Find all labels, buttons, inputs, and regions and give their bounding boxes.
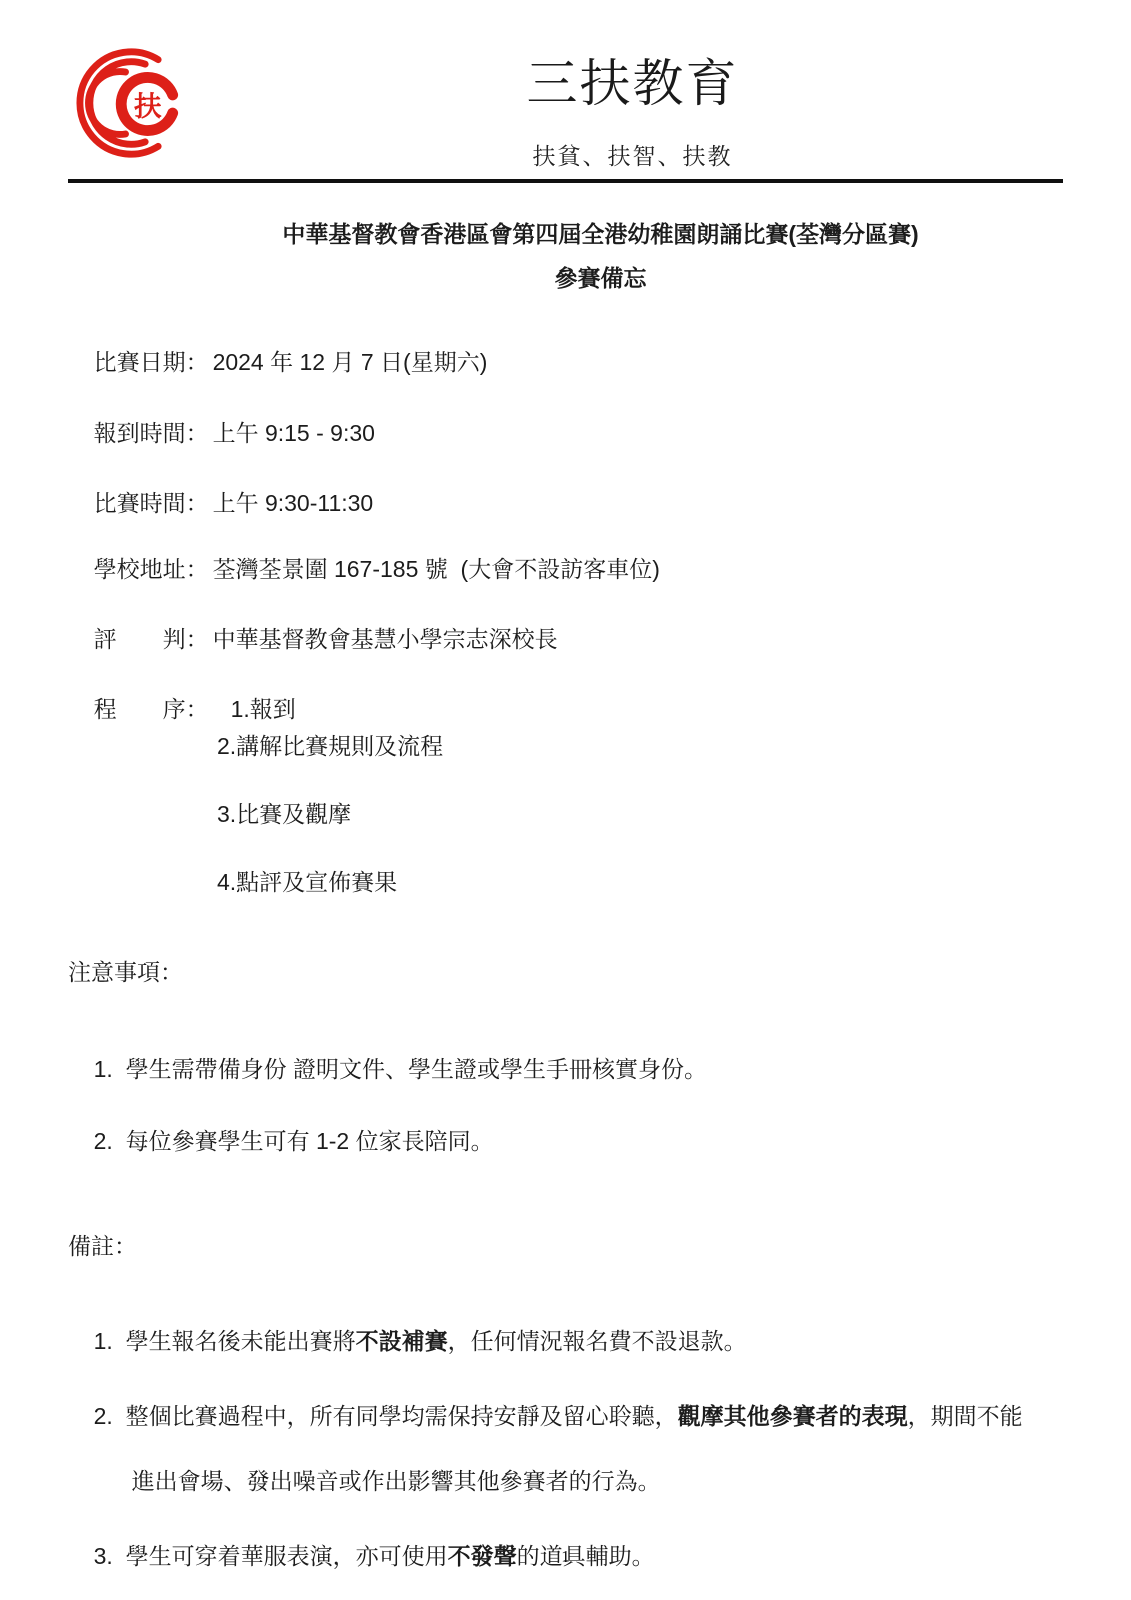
org-slogan: 扶貧、扶智、扶教	[0, 138, 1131, 171]
detail-label: 評 判	[94, 626, 186, 652]
remark-item-text: 整個比賽過程中，所有同學均需保持安靜及留心聆聽，	[126, 1403, 678, 1429]
notice-heading: 注意事項：	[68, 957, 183, 987]
remarks-heading-text: 備註：	[68, 1233, 137, 1259]
detail-colon: ：	[186, 556, 209, 582]
detail-label: 學校地址	[94, 556, 186, 582]
detail-label: 報到時間	[94, 420, 186, 446]
remark-item-text: ，期間不能	[908, 1403, 1023, 1429]
notice-item-number: 1.	[94, 1054, 126, 1084]
detail-label: 比賽日期	[94, 349, 186, 375]
header-divider	[68, 179, 1063, 183]
remark-item-bold-text: 觀摩其他參賽者的表現	[678, 1403, 908, 1429]
remark-item-number: 1.	[94, 1326, 126, 1356]
remark-item-bold-text: 不設補賽	[356, 1328, 448, 1354]
notice-item: 2.每位參賽學生可有 1-2 位家長陪同。	[68, 1096, 494, 1186]
detail-label: 程 序	[94, 696, 186, 722]
detail-value: 2024 年 12 月 7 日(星期六)	[213, 349, 488, 375]
detail-value: 上午 9:30-11:30	[213, 490, 374, 516]
detail-value: 荃灣荃景圍 167-185 號 (大會不設訪客車位)	[213, 556, 660, 582]
doc-subtitle: 參賽備忘	[0, 263, 1131, 293]
remark-item-text: ，任何情況報名費不設退款。	[448, 1328, 747, 1354]
notice-heading-text: 注意事項：	[68, 959, 183, 985]
notice-item-number: 2.	[94, 1126, 126, 1156]
programme-item: 3.比賽及觀摩	[217, 799, 351, 829]
remark-item-text: 學生報名後未能出賽將	[126, 1328, 356, 1354]
detail-value: 1.報到	[231, 696, 296, 722]
org-name: 三扶教育	[0, 52, 1131, 116]
page-number: 1	[0, 1547, 1131, 1567]
programme-item: 2.講解比賽規則及流程	[217, 731, 443, 761]
programme-item: 4.點評及宣佈賽果	[217, 867, 397, 897]
detail-colon: ：	[186, 626, 209, 652]
detail-colon: ：	[186, 696, 209, 722]
remark-item-number: 2.	[94, 1401, 126, 1431]
detail-label: 比賽時間	[94, 490, 186, 516]
programme-item-text: 2.講解比賽規則及流程	[217, 733, 443, 759]
detail-value: 中華基督教會基慧小學宗志深校長	[213, 626, 558, 652]
programme-item-text: 4.點評及宣佈賽果	[217, 869, 397, 895]
detail-colon: ：	[186, 349, 209, 375]
programme-item-text: 3.比賽及觀摩	[217, 801, 351, 827]
doc-title: 中華基督教會香港區會第四屆全港幼稚園朗誦比賽(荃灣分區賽)	[0, 219, 1131, 249]
detail-colon: ：	[186, 420, 209, 446]
notice-item-text: 學生需帶備身份 證明文件、學生證或學生手冊核實身份。	[126, 1056, 707, 1082]
remark-continuation-text: 進出會場、發出噪音或作出影響其他參賽者的行為。	[132, 1468, 661, 1494]
remarks-heading: 備註：	[68, 1231, 137, 1261]
detail-colon: ：	[186, 490, 209, 516]
detail-value: 上午 9:15 - 9:30	[213, 420, 375, 446]
document-page: 扶 三扶教育 扶貧、扶智、扶教 中華基督教會香港區會第四屆全港幼稚園朗誦比賽(荃…	[0, 0, 1131, 1600]
notice-item-text: 每位參賽學生可有 1-2 位家長陪同。	[126, 1128, 494, 1154]
